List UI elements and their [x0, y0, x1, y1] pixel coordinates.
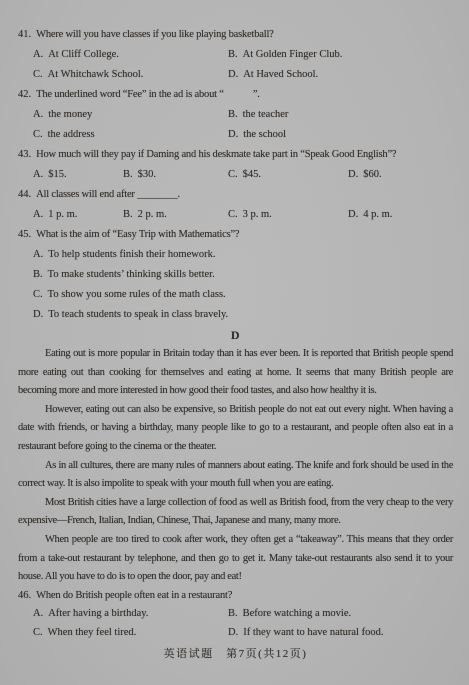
- option-label: A.: [33, 109, 43, 120]
- option-b: B.the teacher: [228, 105, 453, 125]
- option-a: A.$15.: [33, 165, 123, 185]
- option-label: A.: [33, 249, 43, 260]
- option-b: B.At Golden Finger Club.: [228, 45, 453, 65]
- option-label: A.: [33, 209, 43, 220]
- option-text: the teacher: [243, 109, 289, 120]
- option-label: A.: [33, 169, 43, 180]
- option-text: the money: [48, 109, 92, 120]
- question-41: 41.Where will you have classes if you li…: [18, 25, 453, 85]
- option-label: C.: [228, 169, 238, 180]
- option-d: D.At Haved School.: [228, 65, 453, 85]
- option-a: A.1 p. m.: [33, 205, 123, 225]
- passage-paragraph-2: However, eating out can also be expensiv…: [18, 401, 453, 457]
- question-number: 44.: [18, 189, 31, 200]
- option-text: 3 p. m.: [243, 209, 272, 220]
- option-text: $60.: [363, 169, 381, 180]
- question-number: 41.: [18, 29, 31, 40]
- options: A.$15. B.$30. C.$45. D.$60.: [18, 165, 453, 185]
- option-c: C.the address: [33, 125, 228, 145]
- option-b: B.To make students’ thinking skills bett…: [33, 265, 453, 285]
- question-number: 45.: [18, 229, 31, 240]
- option-text: the school: [243, 129, 286, 140]
- options: A.After having a birthday. B.Before watc…: [18, 605, 453, 642]
- question-44: 44.All classes will end after ________. …: [18, 185, 453, 225]
- option-b: B.$30.: [123, 165, 228, 185]
- option-c: C.At Whitchawk School.: [33, 65, 228, 85]
- option-a: A.After having a birthday.: [33, 605, 228, 624]
- option-label: A.: [33, 608, 43, 619]
- question-line: 46.When do British people often eat in a…: [18, 587, 453, 606]
- option-c: C.To show you some rules of the math cla…: [33, 285, 453, 305]
- option-text: When they feel tired.: [48, 627, 137, 638]
- question-number: 42.: [18, 89, 31, 100]
- option-c: C.When they feel tired.: [33, 624, 228, 643]
- option-b: B.Before watching a movie.: [228, 605, 453, 624]
- question-46: 46.When do British people often eat in a…: [18, 587, 453, 643]
- option-label: D.: [348, 209, 358, 220]
- option-label: D.: [33, 309, 43, 320]
- option-text: At Golden Finger Club.: [243, 49, 343, 60]
- option-d: D.If they want to have natural food.: [228, 624, 453, 643]
- option-text: Before watching a movie.: [243, 608, 351, 619]
- question-line: 42.The underlined word “Fee” in the ad i…: [18, 85, 453, 105]
- option-label: C.: [33, 289, 43, 300]
- option-d: D.$60.: [348, 165, 453, 185]
- option-label: B.: [123, 209, 133, 220]
- question-number: 43.: [18, 149, 31, 160]
- option-label: C.: [33, 129, 43, 140]
- question-line: 41.Where will you have classes if you li…: [18, 25, 453, 45]
- option-a: A.At Cliff College.: [33, 45, 228, 65]
- option-text: To teach students to speak in class brav…: [48, 309, 228, 320]
- option-text: 4 p. m.: [363, 209, 392, 220]
- options: A.At Cliff College. B.At Golden Finger C…: [18, 45, 453, 85]
- question-text: What is the aim of “Easy Trip with Mathe…: [36, 229, 239, 240]
- options: A.the money B.the teacher C.the address …: [18, 105, 453, 145]
- option-c: C.3 p. m.: [228, 205, 348, 225]
- option-label: D.: [228, 627, 238, 638]
- options: A.1 p. m. B.2 p. m. C.3 p. m. D.4 p. m.: [18, 205, 453, 225]
- option-label: B.: [33, 269, 43, 280]
- option-label: D.: [348, 169, 358, 180]
- option-text: To show you some rules of the math class…: [48, 289, 226, 300]
- option-text: 1 p. m.: [48, 209, 77, 220]
- option-text: To help students finish their homework.: [48, 249, 215, 260]
- option-b: B.2 p. m.: [123, 205, 228, 225]
- question-text: All classes will end after ________.: [36, 189, 180, 200]
- option-label: C.: [228, 209, 238, 220]
- question-42: 42.The underlined word “Fee” in the ad i…: [18, 85, 453, 145]
- option-label: D.: [228, 69, 238, 80]
- passage-paragraph-5: When people are too tired to cook after …: [18, 531, 453, 587]
- question-line: 43.How much will they pay if Daming and …: [18, 145, 453, 165]
- passage-paragraph-3: As in all cultures, there are many rules…: [18, 457, 453, 494]
- question-text: How much will they pay if Daming and his…: [36, 149, 396, 160]
- option-label: C.: [33, 627, 43, 638]
- option-text: 2 p. m.: [138, 209, 167, 220]
- option-label: A.: [33, 49, 43, 60]
- option-text: At Whitchawk School.: [48, 69, 144, 80]
- question-45: 45.What is the aim of “Easy Trip with Ma…: [18, 225, 453, 325]
- option-text: At Haved School.: [243, 69, 318, 80]
- option-label: B.: [228, 109, 238, 120]
- option-text: the address: [48, 129, 95, 140]
- page-footer: 英语试题 第7页(共12页): [18, 645, 453, 663]
- question-line: 45.What is the aim of “Easy Trip with Ma…: [18, 225, 453, 245]
- option-label: B.: [228, 608, 238, 619]
- option-d: D.4 p. m.: [348, 205, 453, 225]
- question-text: Where will you have classes if you like …: [36, 29, 274, 40]
- option-text: If they want to have natural food.: [243, 627, 383, 638]
- question-text: The underlined word “Fee” in the ad is a…: [36, 89, 260, 100]
- question-number: 46.: [18, 590, 31, 601]
- options: A.To help students finish their homework…: [18, 245, 453, 325]
- passage-paragraph-4: Most British cities have a large collect…: [18, 494, 453, 531]
- option-text: $15.: [48, 169, 66, 180]
- option-label: C.: [33, 69, 43, 80]
- question-line: 44.All classes will end after ________.: [18, 185, 453, 205]
- section-d-heading: D: [18, 325, 453, 345]
- option-text: After having a birthday.: [48, 608, 148, 619]
- option-text: To make students’ thinking skills better…: [48, 269, 215, 280]
- option-text: $30.: [138, 169, 156, 180]
- option-label: D.: [228, 129, 238, 140]
- question-43: 43.How much will they pay if Daming and …: [18, 145, 453, 185]
- passage-paragraph-1: Eating out is more popular in Britain to…: [18, 345, 453, 401]
- option-d: D.the school: [228, 125, 453, 145]
- option-text: $45.: [243, 169, 261, 180]
- question-text: When do British people often eat in a re…: [36, 590, 232, 601]
- option-d: D.To teach students to speak in class br…: [33, 305, 453, 325]
- option-label: B.: [123, 169, 133, 180]
- exam-page: 41.Where will you have classes if you li…: [0, 0, 469, 685]
- option-text: At Cliff College.: [48, 49, 119, 60]
- option-label: B.: [228, 49, 238, 60]
- option-a: A.To help students finish their homework…: [33, 245, 453, 265]
- option-c: C.$45.: [228, 165, 348, 185]
- option-a: A.the money: [33, 105, 228, 125]
- reading-passage: Eating out is more popular in Britain to…: [18, 345, 453, 587]
